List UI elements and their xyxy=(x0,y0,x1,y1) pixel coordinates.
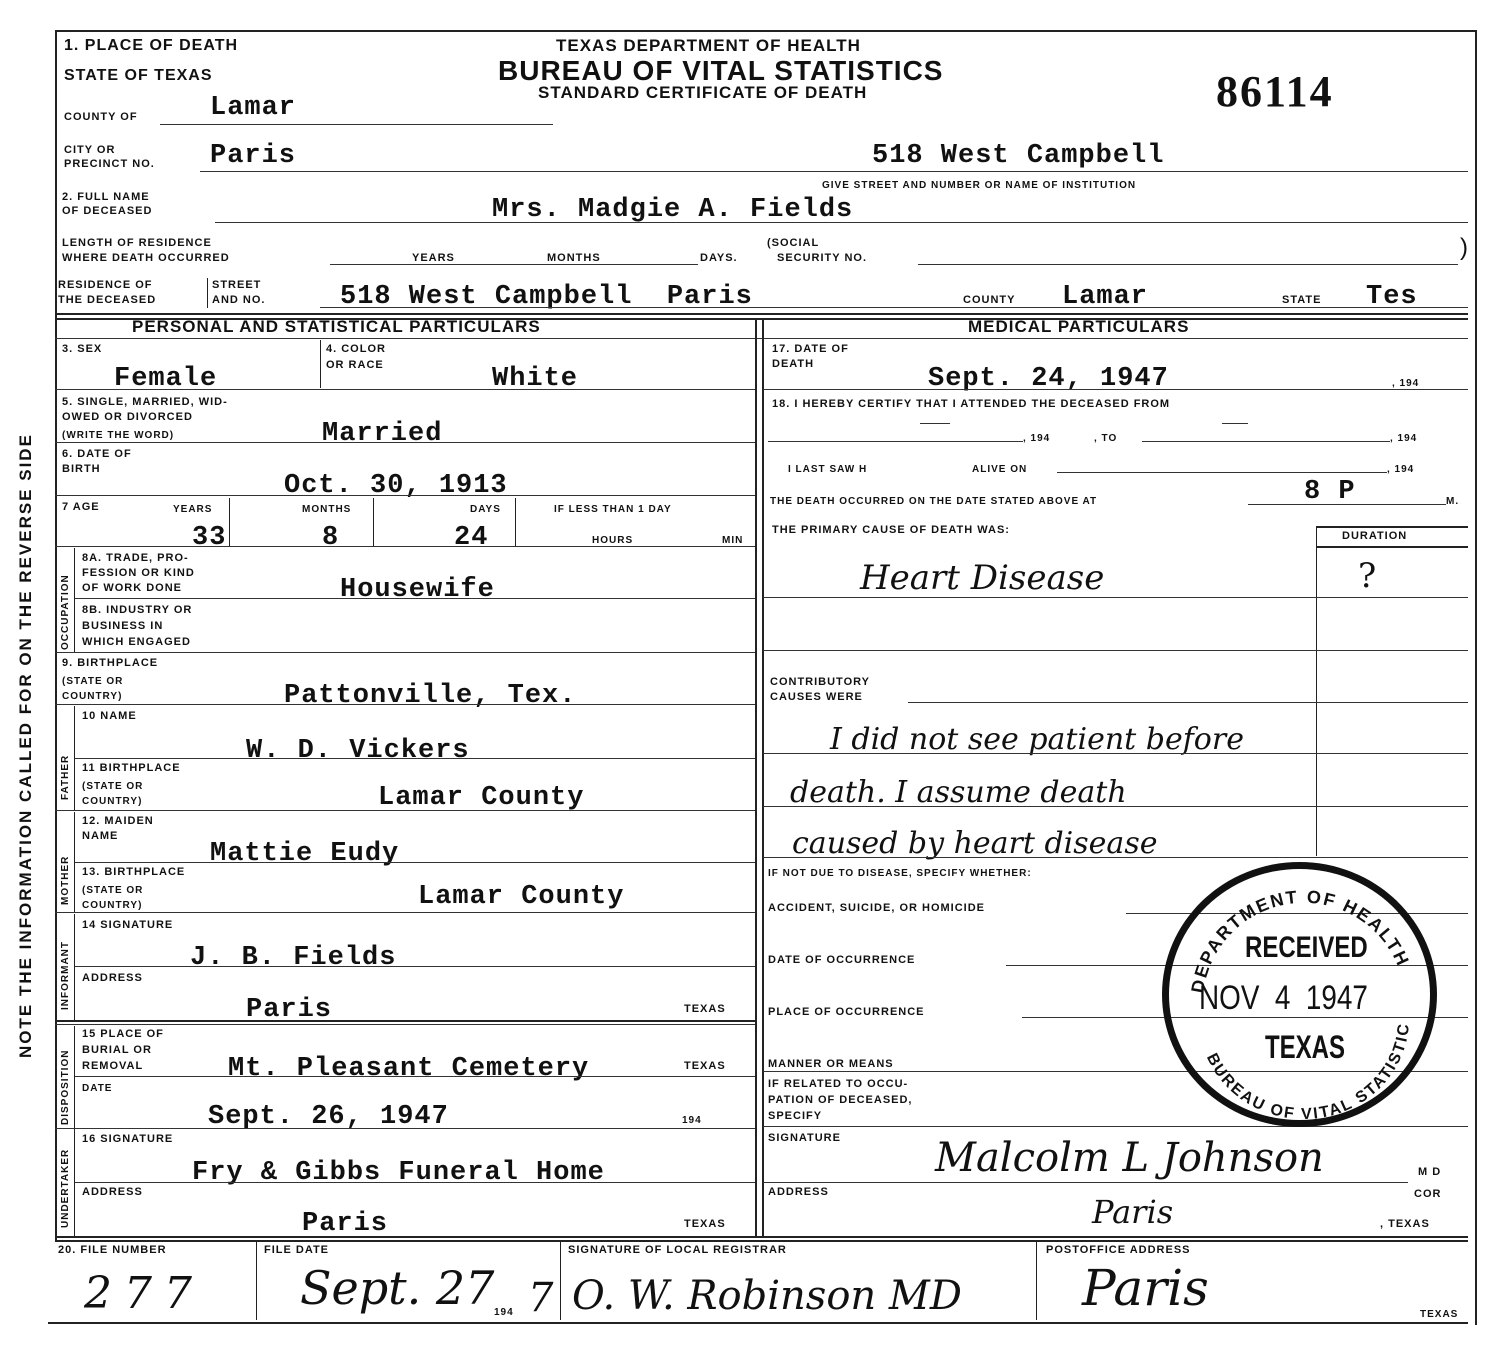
row-line xyxy=(75,1182,755,1183)
time-line xyxy=(1248,504,1446,505)
name-line xyxy=(215,222,1468,223)
footer-divider xyxy=(560,1240,561,1320)
row-line xyxy=(75,598,755,599)
certificate-number: 86114 xyxy=(1216,66,1334,117)
occurred-label: The death occurred on the date stated ab… xyxy=(770,494,1097,509)
file-number: 277 xyxy=(84,1276,204,1312)
age-months: 8 xyxy=(322,524,339,552)
duration-box-rule xyxy=(1316,546,1468,548)
texas-label: Texas xyxy=(1420,1307,1458,1322)
stamp-state: TEXAS xyxy=(1265,1029,1345,1066)
physician-sig-label: Signature xyxy=(768,1132,841,1145)
age-years-label: Years xyxy=(173,502,212,517)
marital-label-3: (Write the word) xyxy=(62,428,174,443)
bureau-title: Bureau of Vital Statistics xyxy=(498,56,943,86)
footer-divider xyxy=(256,1240,257,1320)
res-len-2: Where Death Occurred xyxy=(62,252,230,265)
res-len-line xyxy=(330,264,698,265)
row-line xyxy=(55,546,755,547)
sex-race-divider xyxy=(320,340,321,388)
duration-label: Duration xyxy=(1342,530,1407,543)
side-divider xyxy=(74,1130,75,1236)
age-days-label: Days xyxy=(470,502,501,517)
undertaker-addr-label: Address xyxy=(82,1186,143,1199)
sex-label: 3. Sex xyxy=(62,343,102,356)
city-label-1: City or xyxy=(64,144,115,157)
informant-sig-label: 14 Signature xyxy=(82,919,173,932)
primary-cause-label: The primary cause of death was: xyxy=(772,524,1010,537)
father-bp-label-1: 11 Birthplace xyxy=(82,762,181,775)
father-bp-label-2: (State or xyxy=(82,779,143,794)
contrib-label-1: Contributory xyxy=(770,676,870,689)
marital-label-1: 5. Single, Married, Wid- xyxy=(62,396,228,409)
ssn-label-1: (Social xyxy=(767,237,819,250)
row-line xyxy=(763,857,1468,858)
birthplace-value: Pattonville, Tex. xyxy=(284,682,576,710)
stamp-date: NOV 4 1947 xyxy=(1199,979,1368,1018)
related-label-3: specify xyxy=(768,1110,822,1123)
mother-label-1: 12. Maiden xyxy=(82,815,154,828)
postoffice-address: Paris xyxy=(1082,1270,1209,1306)
city-line xyxy=(200,171,1468,172)
res-label-1: Residence of xyxy=(58,279,153,292)
row-line xyxy=(55,1128,755,1129)
age-days: 24 xyxy=(454,524,488,552)
age-divider xyxy=(229,498,230,546)
res-divider xyxy=(207,278,208,308)
name-label-2: of Deceased xyxy=(62,205,152,218)
row-line xyxy=(75,966,755,967)
row-line xyxy=(55,912,755,913)
row-line xyxy=(908,702,1468,703)
manner-label: Manner or means xyxy=(768,1058,894,1071)
father-birthplace: Lamar County xyxy=(378,784,584,812)
frame-top xyxy=(55,30,1477,32)
md-label: M D xyxy=(1418,1166,1441,1179)
row-line xyxy=(55,442,755,443)
street-label-2: and No. xyxy=(212,294,265,307)
row-line xyxy=(763,389,1468,390)
footer-rule-1 xyxy=(55,1236,1468,1238)
file-date-label: File Date xyxy=(264,1244,329,1257)
burial-place: Mt. Pleasant Cemetery xyxy=(228,1055,589,1083)
mother-bp-label-3: country) xyxy=(82,898,142,913)
dob-label-1: 6. Date of xyxy=(62,448,132,461)
to-year: , 194 xyxy=(1390,431,1417,446)
informant-side-label: Informant xyxy=(58,941,73,1010)
texas-label: Texas xyxy=(684,1218,726,1231)
ssn-close: ) xyxy=(1460,234,1468,262)
days-label: Days. xyxy=(700,252,738,265)
file-number-label: 20. File Number xyxy=(58,1244,167,1257)
from-line xyxy=(768,441,1023,442)
residence-line xyxy=(320,307,1468,308)
race-label-1: 4. Color xyxy=(326,343,386,356)
place-occ-label: Place of occurrence xyxy=(768,1006,925,1019)
industry-label-3: which engaged xyxy=(82,636,191,649)
alive-line xyxy=(1057,472,1387,473)
to-label: , To xyxy=(1094,431,1117,446)
physician-addr-label: Address xyxy=(768,1186,829,1199)
texas-label: Texas xyxy=(684,1060,726,1073)
row-line xyxy=(763,650,1468,651)
state-of-texas-label: State of Texas xyxy=(64,68,213,83)
stamp-received: RECEIVED xyxy=(1245,931,1368,965)
burial-label-3: removal xyxy=(82,1060,143,1073)
father-bp-label-3: country) xyxy=(82,794,142,809)
row-line xyxy=(75,1076,755,1077)
related-label-2: pation of deceased, xyxy=(768,1094,913,1107)
row-line xyxy=(55,1020,755,1022)
section-rule-1 xyxy=(55,313,1468,315)
ssn-label-2: Security No. xyxy=(777,252,867,265)
row-line xyxy=(55,1024,755,1025)
footer-bottom-rule xyxy=(48,1322,1468,1324)
to-line xyxy=(1142,441,1390,442)
footer-divider xyxy=(1036,1240,1037,1320)
cert-title: Standard Certificate of Death xyxy=(538,85,867,100)
row-line xyxy=(763,597,1468,598)
row-line xyxy=(763,806,1468,807)
side-divider xyxy=(74,548,75,652)
registrar-signature: O. W. Robinson MD xyxy=(572,1278,962,1314)
mother-label-2: Name xyxy=(82,830,118,843)
mother-bp-label-2: (State or xyxy=(82,883,143,898)
related-label-1: If related to occu- xyxy=(768,1078,908,1091)
birthplace-label-3: country) xyxy=(62,689,122,704)
race-label-2: or Race xyxy=(326,359,384,372)
undertaker-side-label: Undertaker xyxy=(58,1149,73,1228)
marital-value: Married xyxy=(322,420,442,448)
res-label-2: the Deceased xyxy=(58,294,156,307)
res-county-label: County xyxy=(963,294,1015,307)
received-stamp: DEPARTMENT OF HEALTH BUREAU OF VITAL STA… xyxy=(1162,862,1437,1127)
marital-label-2: owed or Divorced xyxy=(62,411,193,424)
side-divider xyxy=(74,914,75,1020)
registrar-label: Signature of Local Registrar xyxy=(568,1244,787,1257)
county-label: County of xyxy=(64,111,138,124)
medical-heading: Medical Particulars xyxy=(968,319,1189,334)
row-line xyxy=(55,704,755,705)
dod-label-2: Death xyxy=(772,358,814,371)
informant-signature: J. B. Fields xyxy=(190,944,396,972)
mother-birthplace: Lamar County xyxy=(418,883,624,911)
date-occ-label: Date of occurrence xyxy=(768,954,915,967)
street-value: 518 West Campbell xyxy=(872,142,1164,170)
last-saw-year: , 194 xyxy=(1387,462,1414,477)
undertaker-address: Paris xyxy=(302,1210,388,1238)
row-line xyxy=(55,810,755,811)
row-line xyxy=(763,1182,1408,1183)
duration-value: ? xyxy=(1358,558,1376,594)
physician-signature: Malcolm L Johnson xyxy=(935,1140,1324,1176)
dept-title: Texas Department of Health xyxy=(556,38,861,53)
frame-right xyxy=(1475,30,1477,1325)
side-divider xyxy=(74,1026,75,1130)
industry-label-1: 8B. Industry or xyxy=(82,604,192,617)
age-lt-day-label: If less than 1 day xyxy=(554,502,672,517)
birthplace-label-1: 9. Birthplace xyxy=(62,657,158,670)
not-disease-label: If not due to disease, specify whether: xyxy=(768,866,1032,881)
row-line xyxy=(75,862,755,863)
trade-label-1: 8A. Trade, Pro- xyxy=(82,552,189,565)
mother-name: Mattie Eudy xyxy=(210,840,399,868)
last-saw-label: I last saw h xyxy=(788,462,867,477)
age-divider xyxy=(373,498,374,546)
footer-rule-2 xyxy=(55,1240,1468,1242)
res-state-label: State xyxy=(1282,294,1321,307)
frame-left xyxy=(55,30,57,1240)
texas-label: , Texas xyxy=(1380,1218,1430,1231)
certify-label: 18. I hereby certify that I attended the… xyxy=(772,397,1170,412)
father-name: W. D. Vickers xyxy=(246,737,470,765)
informant-addr-label: Address xyxy=(82,972,143,985)
year-prefix: 194 xyxy=(682,1113,702,1128)
file-date: Sept. 27 xyxy=(300,1270,494,1306)
dash-mark xyxy=(1222,423,1248,424)
ssn-line xyxy=(918,264,1458,265)
alive-on-label: alive on xyxy=(972,462,1027,477)
row-line xyxy=(55,389,755,390)
city-label-2: Precinct No. xyxy=(64,158,155,171)
father-side-label: Father xyxy=(58,755,73,800)
personal-heading: Personal and Statistical Particulars xyxy=(132,319,541,334)
physician-address: Paris xyxy=(1092,1194,1173,1230)
place-of-death-label: 1. Place of Death xyxy=(64,38,238,53)
occurred-end: M. xyxy=(1446,494,1459,509)
street-label-1: Street xyxy=(212,279,261,292)
res-len-1: Length of Residence xyxy=(62,237,212,250)
undertaker-sig-label: 16 Signature xyxy=(82,1133,173,1146)
row-line xyxy=(763,1126,1468,1127)
margin-note: Note the information called for on the r… xyxy=(18,433,33,1058)
age-months-label: Months xyxy=(302,502,351,517)
burial-date: Sept. 26, 1947 xyxy=(208,1103,449,1131)
row-line xyxy=(55,652,755,653)
accident-label: Accident, suicide, or homicide xyxy=(768,902,985,915)
occupation-side-label: Occupation xyxy=(58,574,73,650)
primary-cause: Heart Disease xyxy=(860,560,1104,596)
county-line xyxy=(160,124,553,125)
burial-label-2: burial or xyxy=(82,1044,152,1057)
texas-label: Texas xyxy=(684,1003,726,1016)
dod-label-1: 17. Date of xyxy=(772,343,849,356)
age-years: 33 xyxy=(192,524,226,552)
file-date-year-prefix: 194 xyxy=(494,1305,514,1320)
row-line xyxy=(75,758,755,759)
father-name-label: 10 Name xyxy=(82,710,137,723)
time-of-death: 8 P xyxy=(1304,478,1356,506)
column-divider-2 xyxy=(762,320,764,1238)
postoffice-label: Postoffice Address xyxy=(1046,1244,1191,1257)
dob-label-2: Birth xyxy=(62,463,101,476)
duration-box-top xyxy=(1316,526,1468,528)
name-label-1: 2. Full Name xyxy=(62,191,150,204)
street-hint: Give street and number or name of instit… xyxy=(822,178,1136,193)
column-divider-1 xyxy=(755,320,757,1238)
cor-label: Cor xyxy=(1414,1188,1441,1201)
age-label: 7 Age xyxy=(62,501,100,514)
dash-mark xyxy=(920,423,950,424)
mother-side-label: Mother xyxy=(58,856,73,905)
trade-value: Housewife xyxy=(340,576,495,604)
row-line xyxy=(763,753,1468,754)
row-line xyxy=(55,495,755,496)
trade-label-3: of work done xyxy=(82,582,182,595)
mother-bp-label-1: 13. Birthplace xyxy=(82,866,185,879)
county-value: Lamar xyxy=(210,94,296,122)
disposition-side-label: Disposition xyxy=(58,1050,73,1125)
age-divider xyxy=(515,498,516,546)
birthplace-label-2: (State or xyxy=(62,674,123,689)
deceased-name: Mrs. Madgie A. Fields xyxy=(492,196,853,224)
file-date-year-suffix: 7 xyxy=(528,1280,553,1316)
from-year: , 194 xyxy=(1023,431,1050,446)
trade-label-2: fession or kind xyxy=(82,567,195,580)
burial-label-1: 15 Place of xyxy=(82,1028,164,1041)
burial-date-label: Date xyxy=(82,1081,112,1096)
contrib-label-2: causes were xyxy=(770,691,863,704)
industry-label-2: business in xyxy=(82,620,163,633)
city-value: Paris xyxy=(210,142,296,170)
